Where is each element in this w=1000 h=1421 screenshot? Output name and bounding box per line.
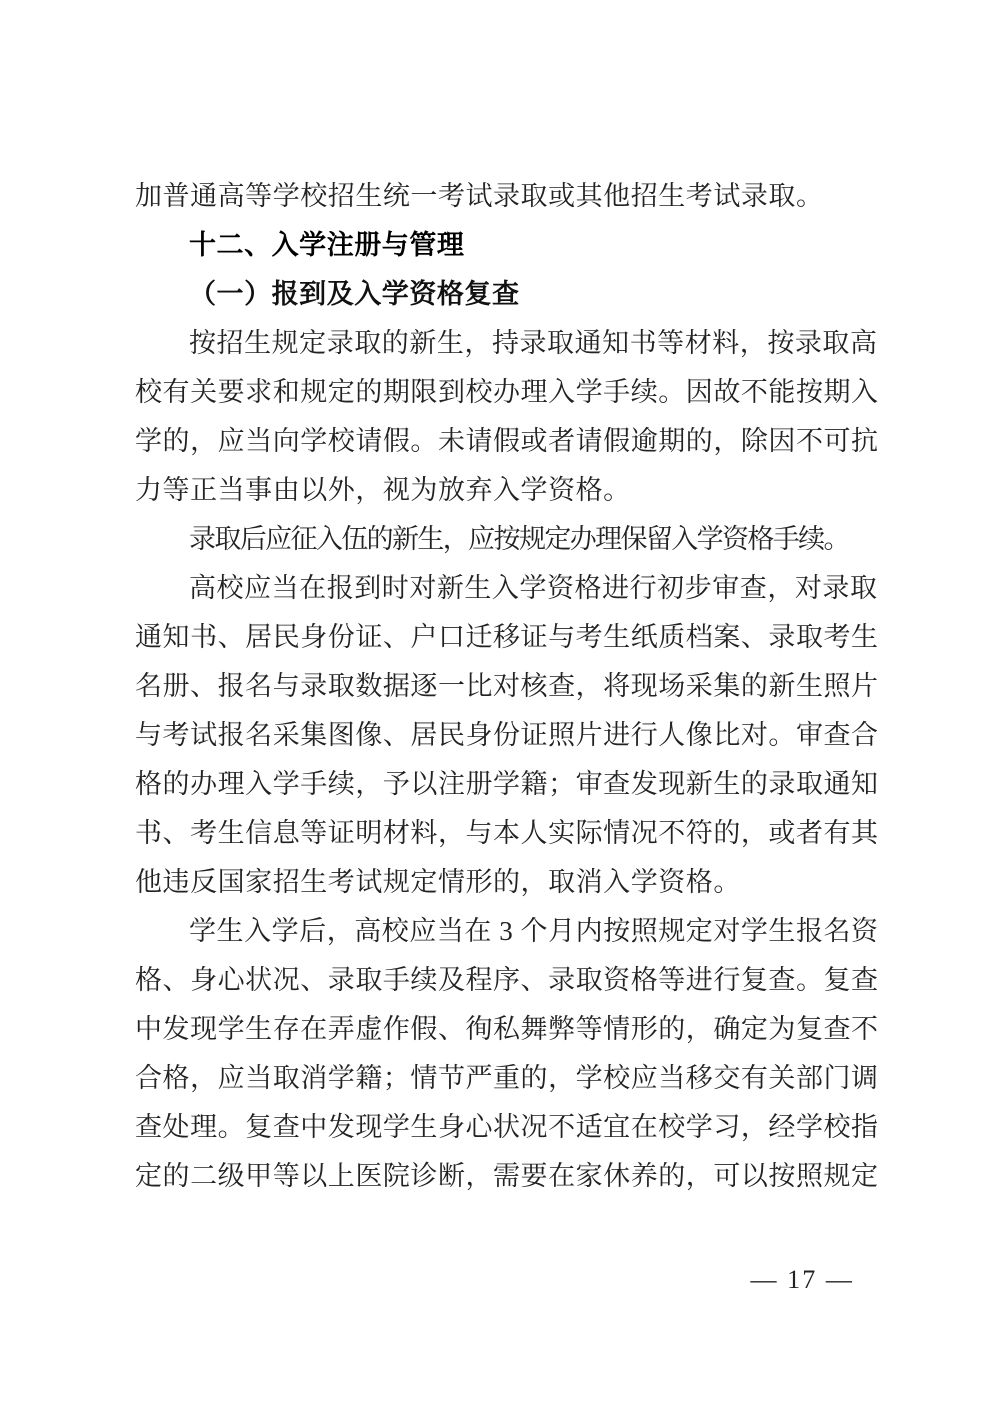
text-line: 按招生规定录取的新生，持录取通知书等材料，按录取高 — [135, 319, 875, 368]
text-line: 加普通高等学校招生统一考试录取或其他招生考试录取。 — [135, 172, 875, 221]
text-line: 名册、报名与录取数据逐一比对核查，将现场采集的新生照片 — [135, 662, 875, 711]
text-line: 学的，应当向学校请假。未请假或者请假逾期的，除因不可抗 — [135, 417, 875, 466]
text-line: 中发现学生存在弄虚作假、徇私舞弊等情形的，确定为复查不 — [135, 1005, 875, 1054]
subheading: （一）报到及入学资格复查 — [135, 270, 875, 319]
paragraph: 按招生规定录取的新生，持录取通知书等材料，按录取高校有关要求和规定的期限到校办理… — [135, 319, 875, 515]
paragraph: 录取后应征入伍的新生，应按规定办理保留入学资格手续。 — [135, 515, 875, 564]
page-number: — 17 — — [751, 1262, 854, 1298]
document-page: 加普通高等学校招生统一考试录取或其他招生考试录取。十二、入学注册与管理（一）报到… — [0, 0, 1000, 1421]
text-line: 录取后应征入伍的新生，应按规定办理保留入学资格手续。 — [135, 515, 875, 564]
text-line: 与考试报名采集图像、居民身份证照片进行人像比对。审查合 — [135, 711, 875, 760]
paragraph-continuation: 加普通高等学校招生统一考试录取或其他招生考试录取。 — [135, 172, 875, 221]
text-line: 格、身心状况、录取手续及程序、录取资格等进行复查。复查 — [135, 956, 875, 1005]
text-line: 定的二级甲等以上医院诊断，需要在家休养的，可以按照规定 — [135, 1152, 875, 1201]
heading: 十二、入学注册与管理 — [135, 221, 875, 270]
text-line: 通知书、居民身份证、户口迁移证与考生纸质档案、录取考生 — [135, 613, 875, 662]
text-line: 力等正当事由以外，视为放弃入学资格。 — [135, 466, 875, 515]
text-line: 书、考生信息等证明材料，与本人实际情况不符的，或者有其 — [135, 809, 875, 858]
text-line: 校有关要求和规定的期限到校办理入学手续。因故不能按期入 — [135, 368, 875, 417]
paragraph: 高校应当在报到时对新生入学资格进行初步审查，对录取通知书、居民身份证、户口迁移证… — [135, 564, 875, 907]
text-line: 他违反国家招生考试规定情形的，取消入学资格。 — [135, 858, 875, 907]
text-line: 十二、入学注册与管理 — [135, 221, 875, 270]
text-line: 合格，应当取消学籍；情节严重的，学校应当移交有关部门调 — [135, 1054, 875, 1103]
text-line: 查处理。复查中发现学生身心状况不适宜在校学习，经学校指 — [135, 1103, 875, 1152]
text-line: 高校应当在报到时对新生入学资格进行初步审查，对录取 — [135, 564, 875, 613]
page-body: 加普通高等学校招生统一考试录取或其他招生考试录取。十二、入学注册与管理（一）报到… — [135, 172, 875, 1201]
paragraph: 学生入学后，高校应当在 3 个月内按照规定对学生报名资格、身心状况、录取手续及程… — [135, 907, 875, 1201]
text-line: 学生入学后，高校应当在 3 个月内按照规定对学生报名资 — [135, 907, 875, 956]
text-line: 格的办理入学手续，予以注册学籍；审查发现新生的录取通知 — [135, 760, 875, 809]
text-line: （一）报到及入学资格复查 — [135, 270, 875, 319]
